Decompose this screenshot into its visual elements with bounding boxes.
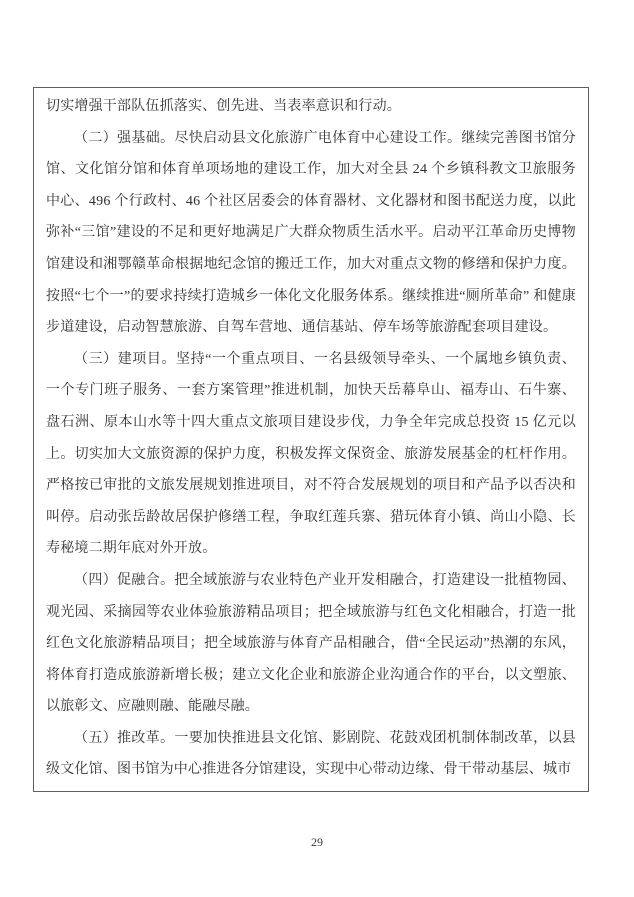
paragraph-section-2-strengthen-foundation: （二）强基础。尽快启动县文化旅游广电体育中心建设工作。继续完善图书馆分馆、文化馆… [46,123,576,344]
page-number: 29 [0,834,634,850]
paragraph-section-5-push-reform: （五）推改革。一要加快推进县文化馆、影剧院、花鼓戏团机制体制改革，以县级文化馆、… [46,723,576,786]
document-page: 切实增强干部队伍抓落实、创先进、当表率意识和行动。 （二）强基础。尽快启动县文化… [0,0,634,897]
document-text-frame: 切实增强干部队伍抓落实、创先进、当表率意识和行动。 （二）强基础。尽快启动县文化… [33,87,589,792]
paragraph-continuation: 切实增强干部队伍抓落实、创先进、当表率意识和行动。 [46,91,576,123]
paragraph-section-4-promote-integration: （四）促融合。把全域旅游与农业特色产业开发相融合，打造建设一批植物园、观光园、采… [46,565,576,723]
paragraph-section-3-build-projects: （三）建项目。坚持“一个重点项目、一名县级领导牵头、一个属地乡镇负责、一个专门班… [46,344,576,565]
